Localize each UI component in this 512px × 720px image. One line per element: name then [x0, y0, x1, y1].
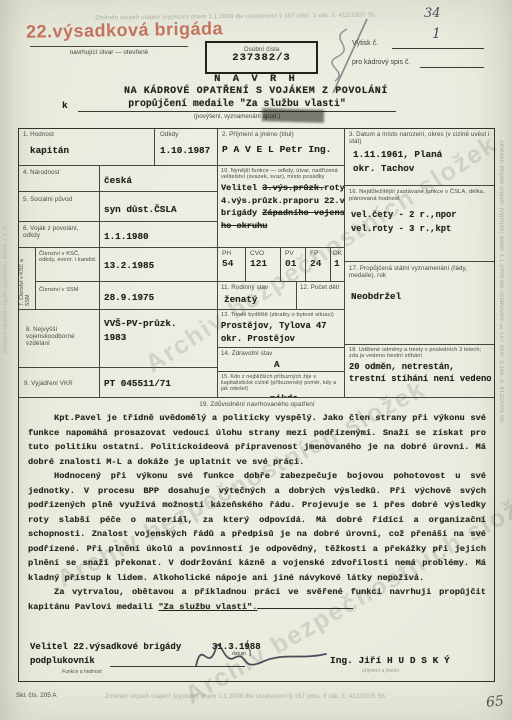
medal-name-underlined: "Za službu vlasti". [158, 602, 257, 612]
justification-paragraph-1: Kpt.Pavel je třídně uvědomělý a politick… [28, 411, 486, 469]
rank-caption: Funkce a hodnost [62, 669, 102, 675]
title-k: k [62, 100, 68, 111]
signature [188, 630, 333, 678]
justification-heading: 19. Zdůvodnění navrhovaného opatření [28, 401, 486, 408]
handwritten-page-number: 34 [424, 6, 441, 21]
scanned-document: Archiv bezpečnostních složek Archiv bezp… [0, 0, 512, 720]
personal-number-box: Osobní čísla 237382/3 [205, 41, 318, 74]
left-margin-stamp: Změněn stupeň utajení (vyjmuto) dnem 1.1… [3, 225, 9, 355]
commander-name: Ing. Jiří H U D S K Ý [330, 655, 450, 666]
commander-title: Velitel 22.výsadkové brigády [30, 642, 181, 653]
title-subject: propůjčení medaile "Za službu vlasti" [78, 98, 396, 112]
commander-rank: podplukovník [30, 656, 95, 667]
justification-paragraph-2: Hodnocený při výkonu své funkce dobře za… [28, 469, 486, 585]
title-line1: N Á V R H [0, 74, 512, 85]
justification-paragraph-3: Za vytrvalou, obětavou a příkladnou prác… [28, 585, 486, 614]
declassification-stamp-bottom: Změněn stupeň utajení (vyjmuto) dnem 1.1… [105, 694, 387, 700]
declassification-stamp-right-edge: Změněn stupeň utajení (vyjmuto) dnem 1.1… [498, 140, 504, 560]
handwritten-copy-number: 1 [432, 26, 441, 42]
pencil-mark [305, 15, 380, 100]
handwritten-page-number-bottom: 65 [485, 693, 504, 711]
personal-number-value: 237382/3 [207, 53, 316, 64]
title-caption: (povýšení, vyznamenání apod.) [78, 113, 396, 120]
unit-stamp-caption: navrhující útvar — otevřeně [30, 46, 188, 56]
unit-stamp: 22.výsadková brigáda [26, 18, 223, 42]
justification-section: 19. Zdůvodnění navrhovaného opatření Kpt… [28, 401, 486, 614]
form-stock-number: Skl. čís. 205 A [16, 692, 57, 699]
ink-smudge [262, 108, 324, 123]
title-line2: NA KÁDROVÉ OPATŘENÍ S VOJÁKEM Z POVOLÁNÍ [0, 86, 512, 97]
name-caption: příjmení a jméno [362, 668, 399, 674]
